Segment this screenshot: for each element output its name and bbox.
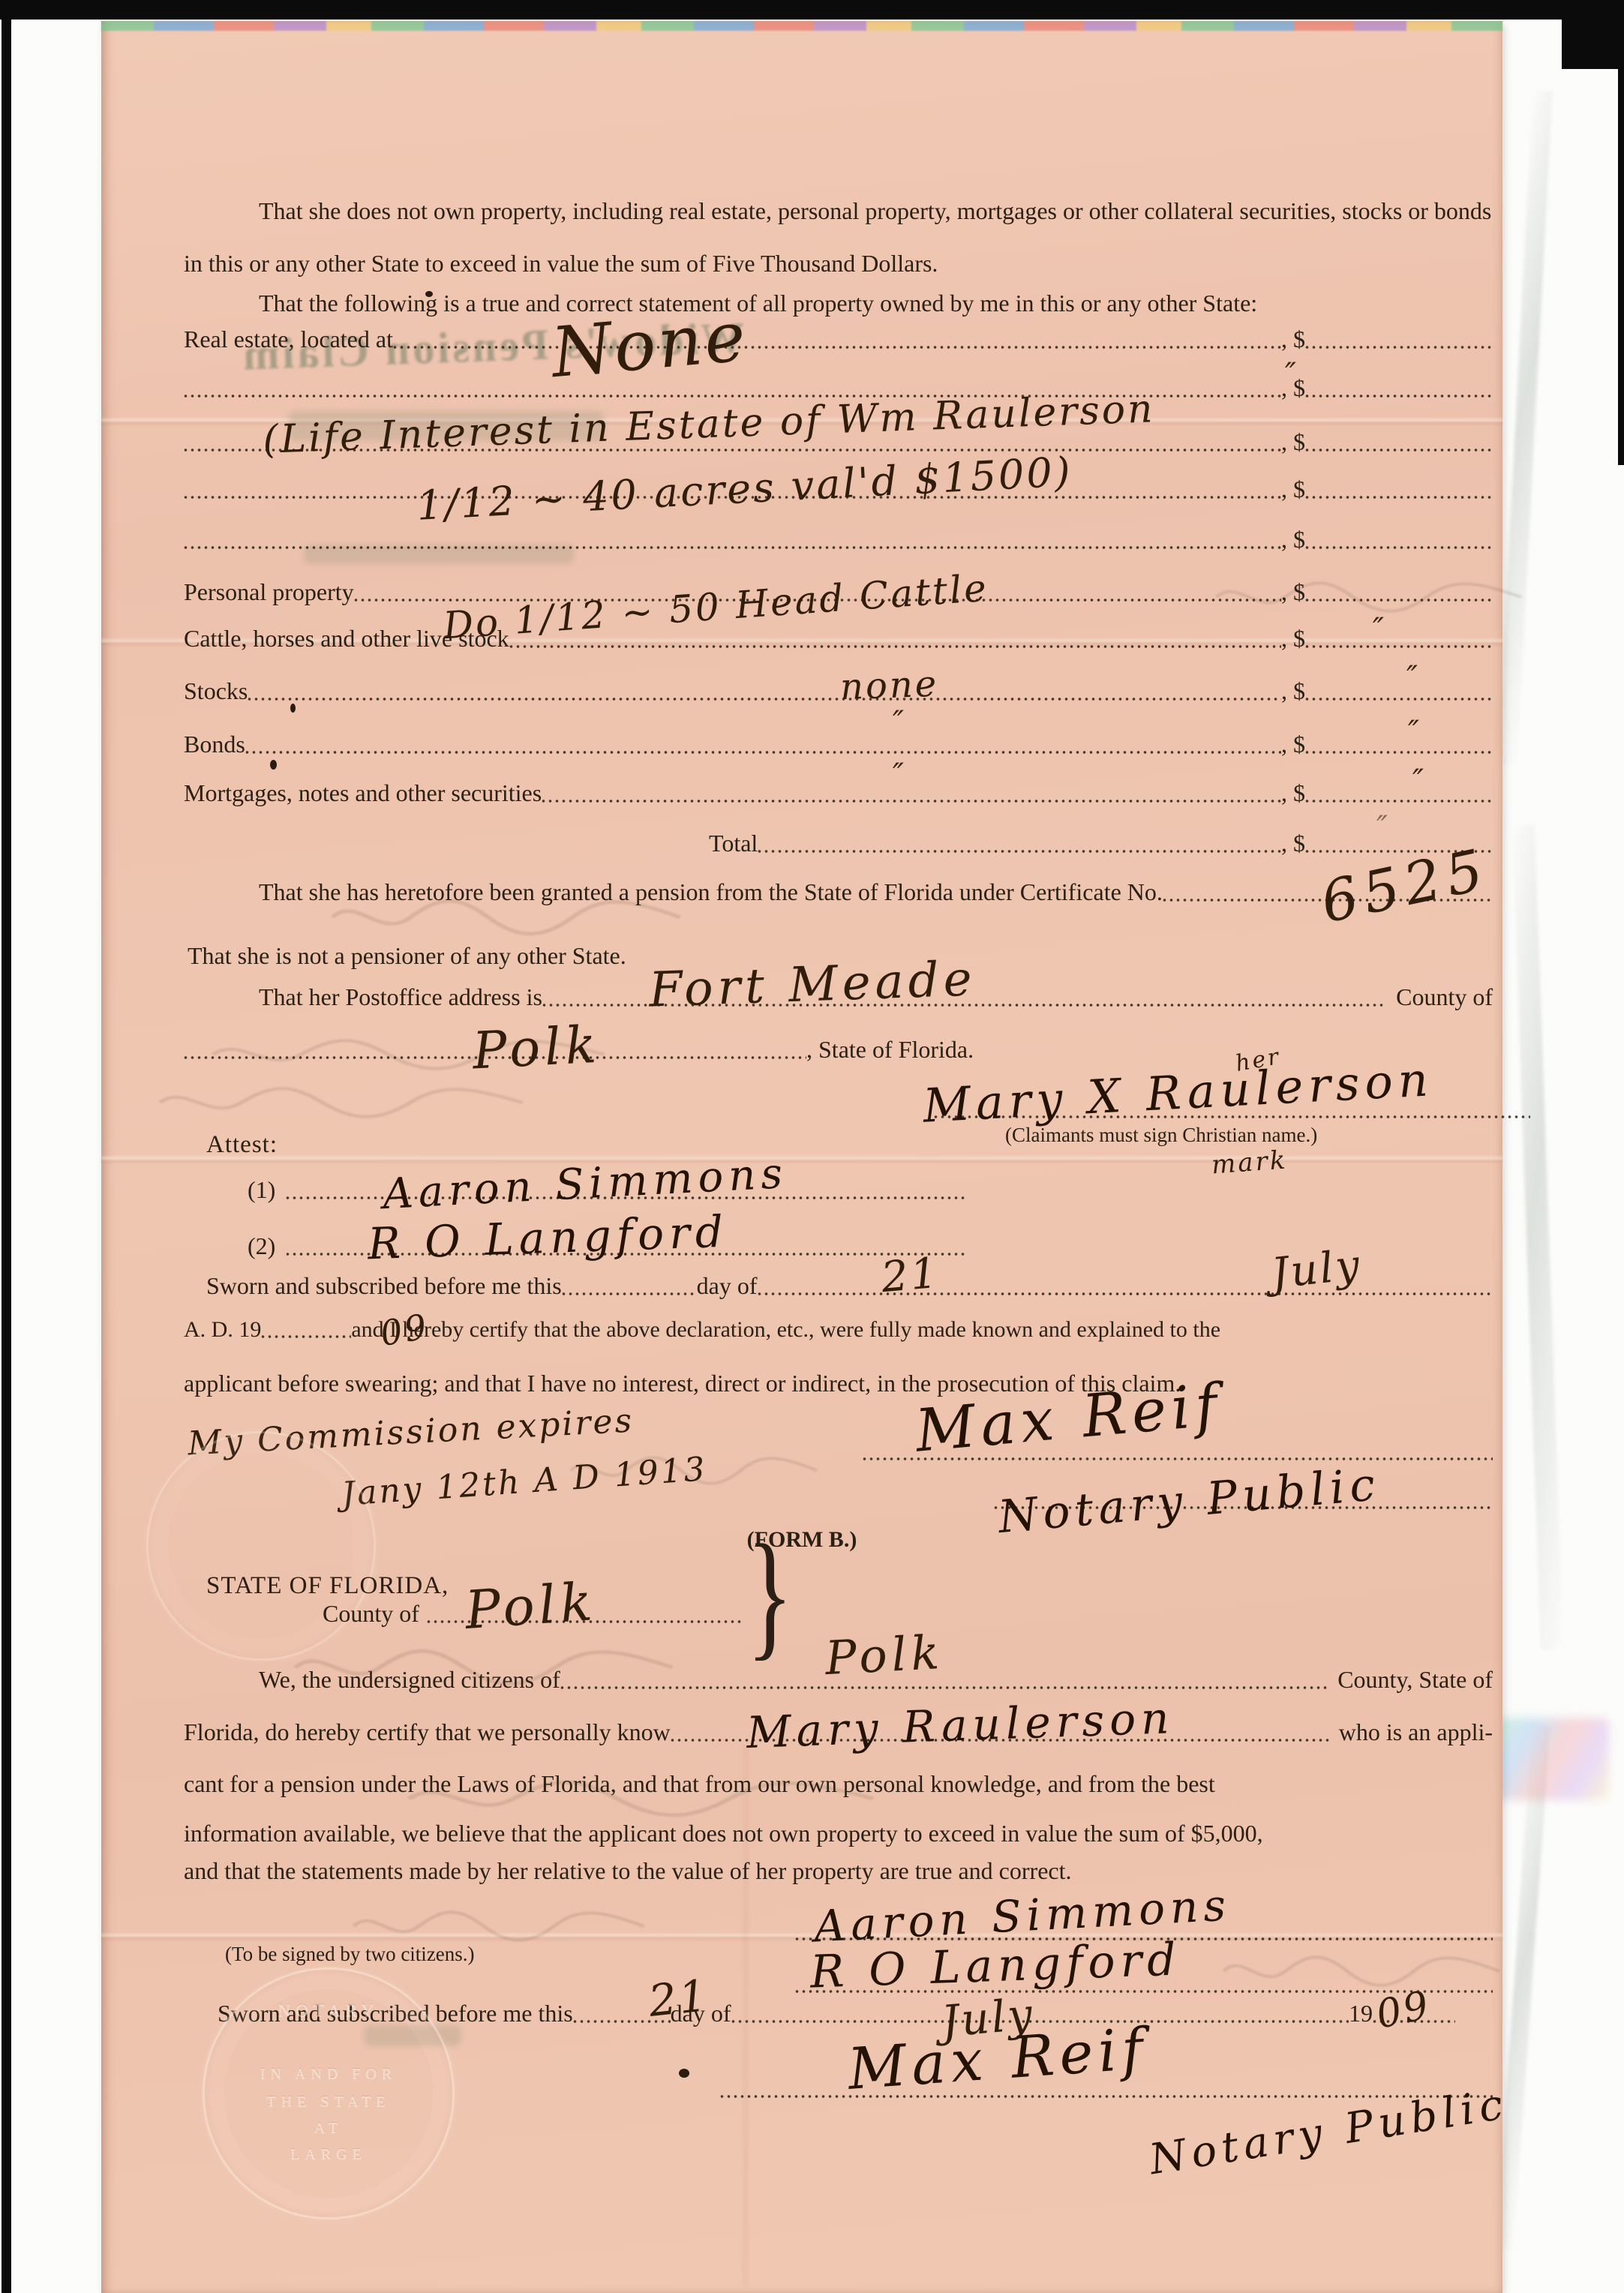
form-b-county-handwriting: Polk <box>463 1571 599 1641</box>
seal-text: NOTARY <box>205 2001 452 2021</box>
property-row-blank: , $ <box>184 526 1493 554</box>
property-row-mortgages: Mortgages, notes and other securities, $ <box>184 779 1493 807</box>
stocks-none-handwriting: none <box>839 663 939 709</box>
property-row-label: Real estate, located at <box>184 326 393 353</box>
form-b-state-heading: STATE OF FLORIDA, <box>206 1572 449 1600</box>
amount-dot-leader <box>1305 545 1493 550</box>
scan-border-right-edge <box>1618 0 1624 465</box>
ditto-mark: ″ <box>1406 660 1418 695</box>
sleeve-wrinkle <box>1497 90 1552 765</box>
jurat2-day-handwriting: 21 <box>647 1970 711 2027</box>
ad-19-label: A. D. 19 <box>184 1317 261 1343</box>
certify-line-1: and I hereby certify that the above decl… <box>351 1317 1220 1343</box>
property-row-real-estate: Real estate, located at, $ <box>184 326 1493 353</box>
dot-leader <box>542 799 1281 803</box>
county-value-handwriting: Polk <box>471 1016 602 1082</box>
real-estate-value-handwriting: None <box>548 296 751 393</box>
notary-2-signature-line <box>720 2094 1493 2099</box>
bleedthrough-mark <box>154 1080 529 1125</box>
jurat1-day-handwriting: 21 <box>879 1249 941 1302</box>
sleeve-wrinkle <box>1512 825 1563 1650</box>
state-of-florida-label: , State of Florida. <box>806 1036 974 1064</box>
applicant-name-handwriting: Mary Raulerson <box>746 1692 1175 1758</box>
dot-leader <box>248 697 1281 701</box>
property-row-label: Stocks <box>184 677 248 705</box>
county-of-label: County of <box>323 1600 419 1628</box>
seal-text: LARGE <box>205 2146 452 2163</box>
ink-speck <box>270 760 277 770</box>
witness-2-number: (2) <box>248 1232 275 1260</box>
property-row-label: Mortgages, notes and other securities <box>184 779 542 807</box>
amount-dot-leader <box>1305 644 1493 649</box>
amount-dot-leader <box>1305 697 1493 701</box>
amount-prefix: , $ <box>1281 779 1305 807</box>
property-row-bonds: Bonds, $ <box>184 731 1493 758</box>
amount-prefix: , $ <box>1281 526 1305 554</box>
county-of-label: County of <box>1396 983 1493 1011</box>
dot-leader <box>562 1292 697 1296</box>
notary-embossed-seal: NOTARY IN AND FOR THE STATE AT LARGE <box>203 1967 455 2219</box>
statement-paragraph-1: That she does not own property, includin… <box>184 185 1493 290</box>
amount-prefix: , $ <box>1281 677 1305 705</box>
who-suffix-text: who is an appli- <box>1339 1718 1493 1746</box>
day-of-label: day of <box>697 1272 758 1300</box>
certificate-sentence: That she has heretofore been granted a p… <box>259 878 1493 906</box>
mark-word-handwriting: mark <box>1211 1145 1289 1181</box>
dot-leader <box>261 1334 351 1339</box>
county-state-row: , State of Florida. <box>184 1036 1084 1064</box>
we-prefix-text: We, the undersigned citizens of <box>259 1666 560 1694</box>
county-state-suffix: County, State of <box>1337 1666 1493 1694</box>
form-b-line-5: and that the statements made by her rela… <box>184 1857 1071 1885</box>
statement-paragraph-2: That the following is a true and correct… <box>259 290 1257 317</box>
form-b-line-3: cant for a pension under the Laws of Flo… <box>184 1770 1215 1798</box>
property-row-label: Total <box>709 830 758 857</box>
ditto-mark: ″ <box>1412 764 1424 798</box>
bleedthrough-mark <box>349 1904 649 1949</box>
form-b-brace: } <box>746 1514 793 1676</box>
dot-leader <box>245 750 1281 755</box>
amount-prefix: , $ <box>1281 830 1305 857</box>
property-row-livestock: Cattle, horses and other live stock, $ <box>184 625 1493 653</box>
amount-dot-leader <box>1305 799 1493 803</box>
amount-dot-leader <box>1305 495 1493 500</box>
amount-dot-leader <box>1305 750 1493 755</box>
property-row-stocks: Stocks, $ <box>184 677 1493 705</box>
two-citizens-note: (To be signed by two citizens.) <box>225 1943 475 1966</box>
certificate-sentence-text: That she has heretofore been granted a p… <box>259 878 1163 906</box>
year-19-label: 19 <box>1349 2000 1373 2027</box>
amount-prefix: , $ <box>1281 731 1305 758</box>
dot-leader <box>758 849 1281 854</box>
ditto-mark: ″ <box>1376 810 1388 845</box>
notary-2-signature-handwriting: Max Reif <box>845 2015 1150 2102</box>
ditto-mark: ″ <box>1408 715 1419 749</box>
pension-claim-form: Widow's Pension Claim That she does not … <box>101 21 1502 2293</box>
amount-dot-leader <box>1305 598 1493 602</box>
ditto-mark: ″ <box>893 758 904 792</box>
ink-speck <box>679 2069 689 2078</box>
amount-prefix: , $ <box>1281 476 1305 503</box>
amount-prefix: , $ <box>1281 578 1305 606</box>
acreage-handwriting: 1/12 ~ 40 acres val'd $1500) <box>416 448 1073 530</box>
scan-iridescent-edge <box>101 21 1502 31</box>
scan-border-top <box>0 0 1624 20</box>
witness-1-number: (1) <box>248 1176 275 1204</box>
jurat1-month-handwriting: July <box>1269 1241 1364 1298</box>
dot-leader <box>393 345 1281 350</box>
form-b-heading: (FORM B.) <box>101 1527 1502 1553</box>
fold-crease <box>101 1155 1502 1164</box>
postoffice-value-handwriting: Fort Meade <box>648 951 977 1018</box>
commission-date-handwriting: Jany 12th A D 1913 <box>341 1450 708 1514</box>
scan-glare-rainbow <box>1496 1718 1609 1800</box>
claimants-note: (Claimants must sign Christian name.) <box>1005 1124 1317 1147</box>
property-row-total: Total, $ <box>709 830 1493 857</box>
amount-dot-leader <box>1305 448 1493 452</box>
dot-leader <box>560 1685 1327 1690</box>
ditto-mark: ″ <box>1285 357 1296 392</box>
amount-dot-leader <box>1305 394 1493 398</box>
scan-border-right-top <box>1562 0 1624 69</box>
dot-leader <box>509 644 1281 649</box>
sworn-prefix: Sworn and subscribed before me this <box>206 1272 562 1300</box>
ditto-mark: ″ <box>893 705 904 740</box>
property-row-label: Personal property <box>184 578 354 606</box>
amount-prefix: , $ <box>1281 428 1305 456</box>
scan-border-left <box>2 0 11 2293</box>
ditto-mark: ″ <box>1373 612 1384 647</box>
amount-prefix: , $ <box>1281 625 1305 653</box>
claimant-signature-handwriting: Mary X Raulerson <box>922 1052 1435 1133</box>
seal-text: IN AND FOR <box>205 2066 452 2083</box>
seal-text: AT <box>205 2120 452 2137</box>
property-row-label: Bonds <box>184 731 245 758</box>
amount-dot-leader <box>1305 345 1493 350</box>
amount-prefix: , $ <box>1281 326 1305 353</box>
jurat1-year-handwriting: 09 <box>377 1306 432 1354</box>
scanned-document-page: Widow's Pension Claim That she does not … <box>0 0 1624 2293</box>
bleedthrough-mark <box>1219 1949 1504 1994</box>
form-b-line-4: information available, we believe that t… <box>184 1820 1263 1847</box>
seal-text: THE STATE <box>205 2093 452 2111</box>
citizens-county-handwriting: Polk <box>824 1625 945 1685</box>
no-other-state-sentence: That she is not a pensioner of any other… <box>188 942 626 970</box>
attest-label: Attest: <box>206 1131 278 1159</box>
know-prefix-text: Florida, do hereby certify that we perso… <box>184 1718 671 1746</box>
postoffice-label: That her Postoffice address is <box>259 983 542 1011</box>
dot-leader <box>758 1292 1493 1296</box>
dot-leader <box>184 545 1281 550</box>
